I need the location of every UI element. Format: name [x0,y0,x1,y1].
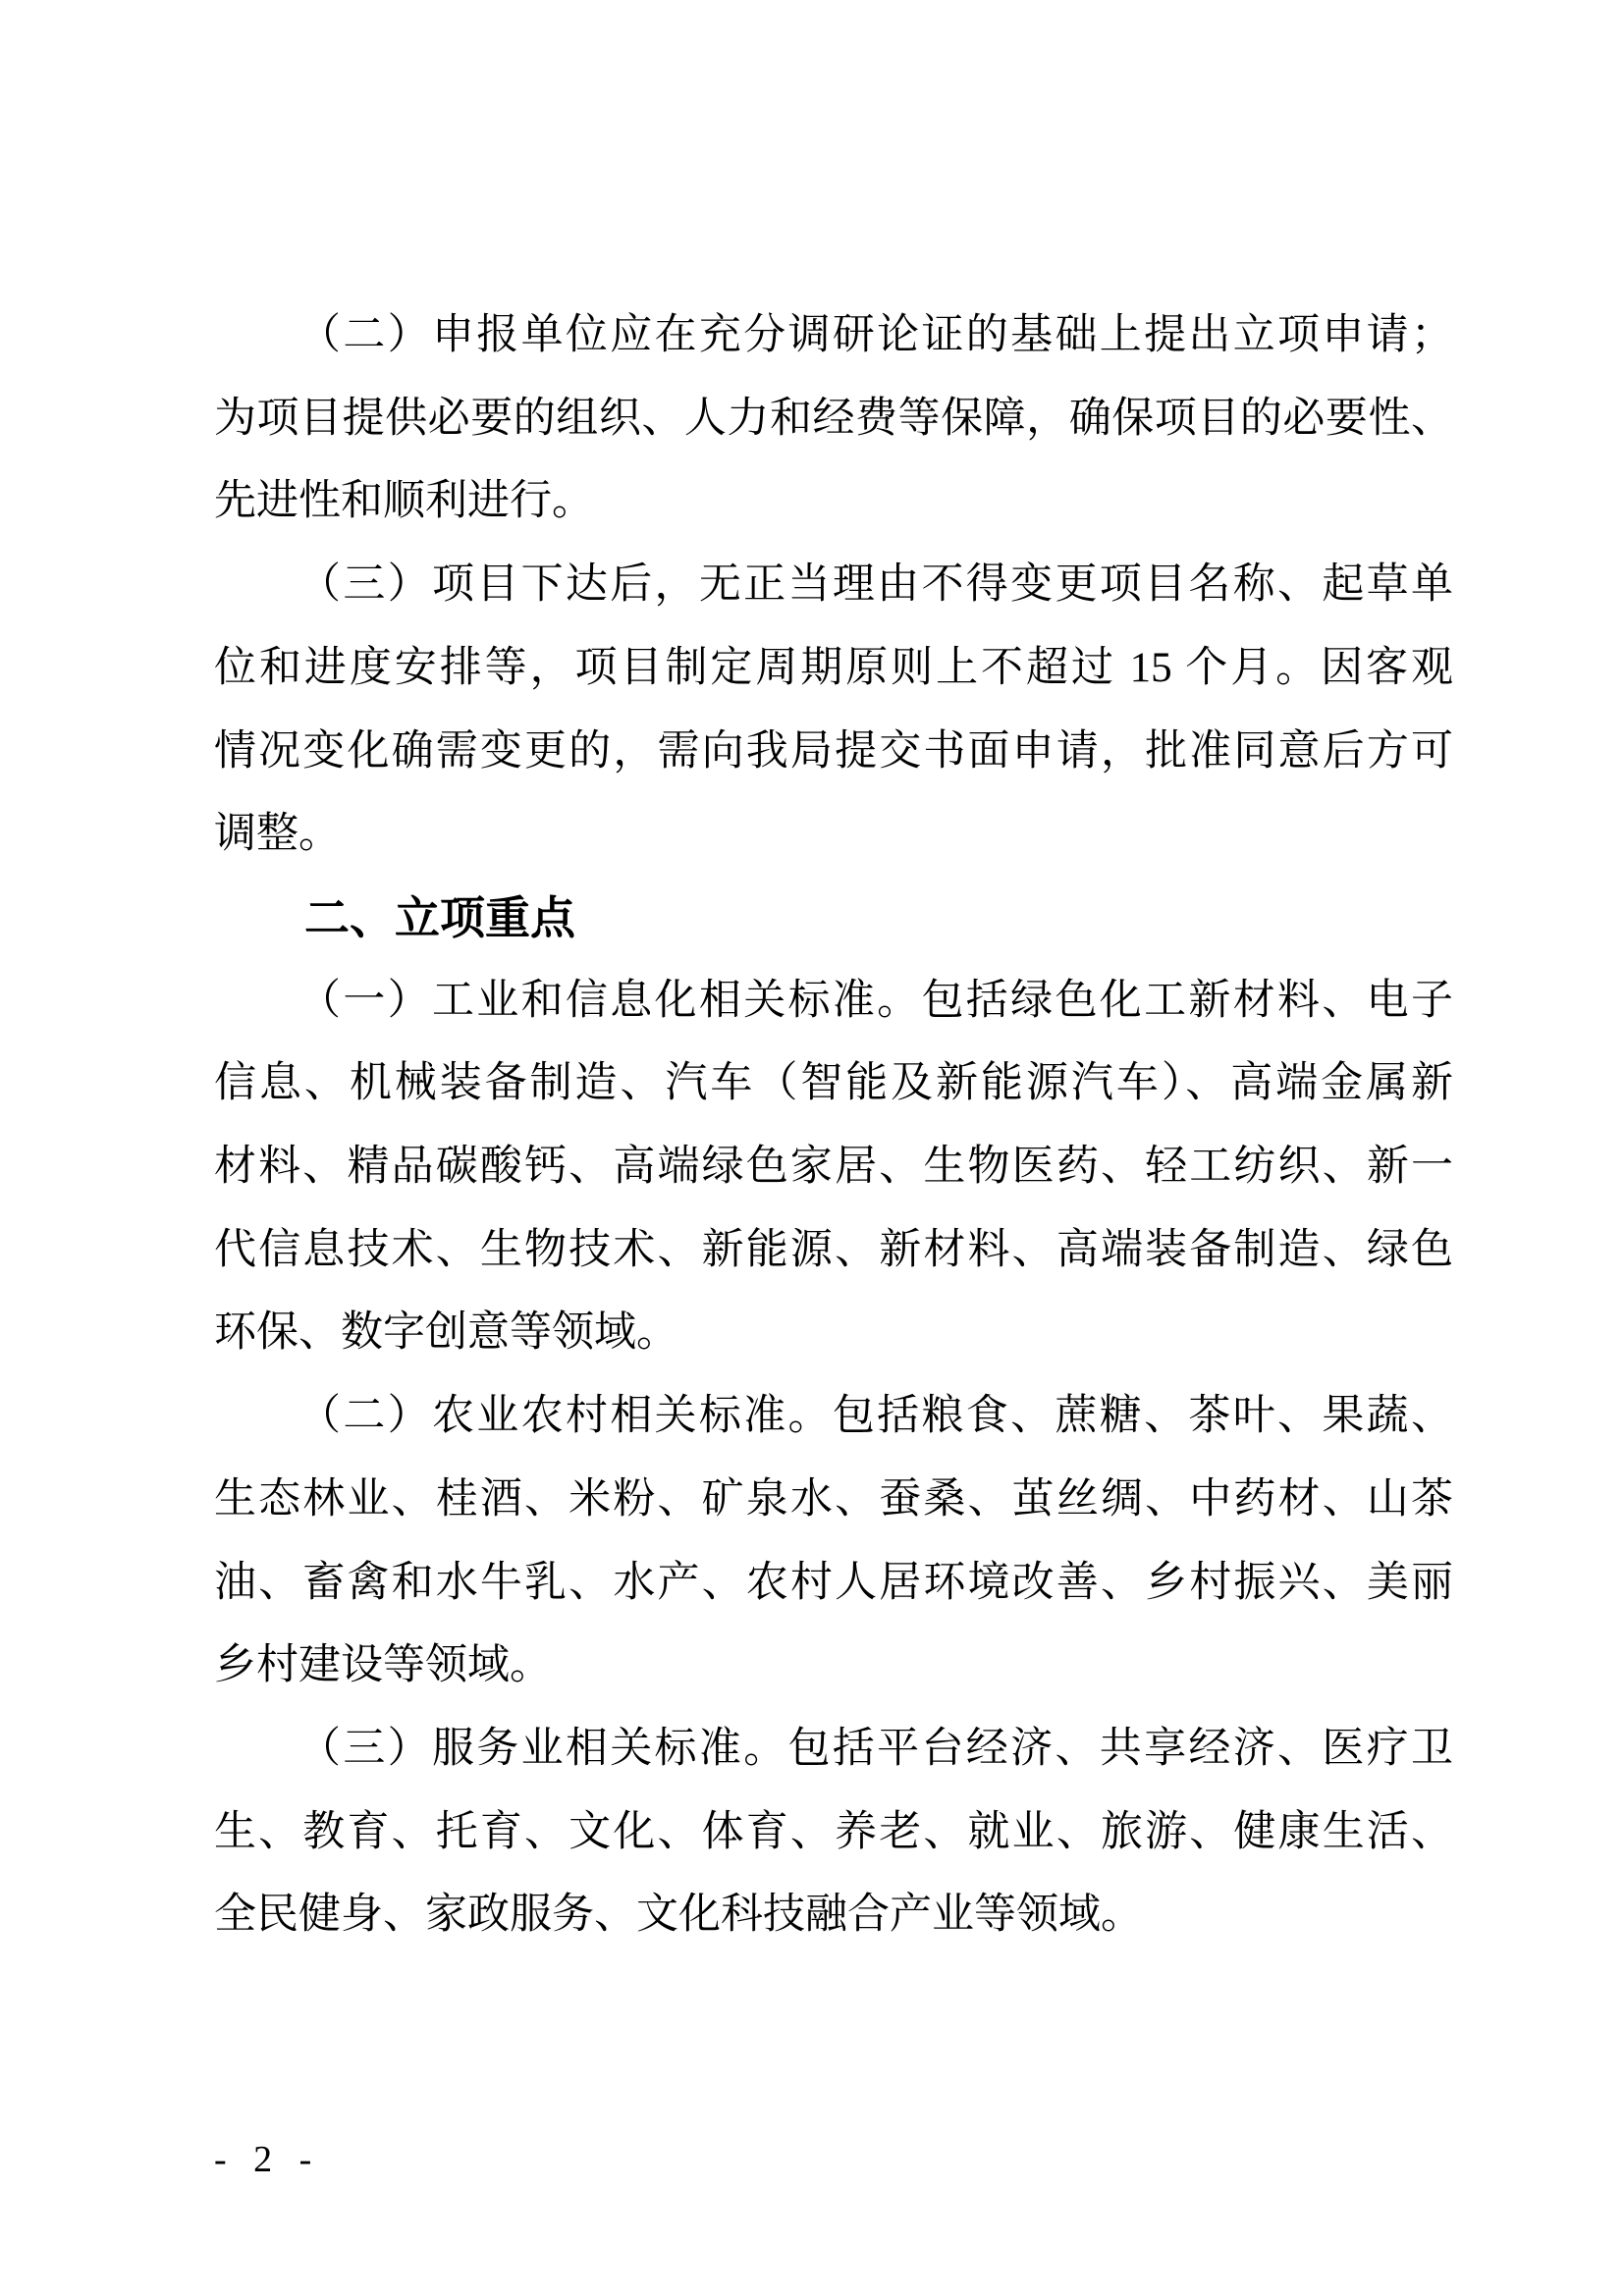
text-line: 生态林业、桂酒、米粉、矿泉水、蚕桑、茧丝绸、中药材、山茶 [214,1459,1453,1542]
text-line: 代信息技术、生物技术、新能源、新材料、高端装备制造、绿色 [214,1209,1453,1293]
page-number: - 2 - [214,2138,313,2181]
text-line: 调整。 [214,793,1453,877]
text-line: 环保、数字创意等领域。 [214,1292,1453,1375]
text-line: （一）工业和信息化相关标准。包括绿色化工新材料、电子 [214,960,1453,1043]
text-line: （三）服务业相关标准。包括平台经济、共享经济、医疗卫 [214,1708,1453,1791]
document-body: （二）申报单位应在充分调研论证的基础上提出立项申请；为项目提供必要的组织、人力和… [214,294,1453,1957]
text-line: 信息、机械装备制造、汽车（智能及新能源汽车）、高端金属新 [214,1042,1453,1126]
text-line: 位和进度安排等，项目制定周期原则上不超过 15 个月。因客观 [214,627,1453,711]
text-line: （二）农业农村相关标准。包括粮食、蔗糖、茶叶、果蔬、 [214,1375,1453,1459]
text-line: （二）申报单位应在充分调研论证的基础上提出立项申请； [214,294,1453,378]
text-line: 先进性和顺利进行。 [214,460,1453,544]
text-line: 材料、精品碳酸钙、高端绿色家居、生物医药、轻工纺织、新一 [214,1126,1453,1209]
section-heading: 二、立项重点 [214,877,1453,960]
document-page: （二）申报单位应在充分调研论证的基础上提出立项申请；为项目提供必要的组织、人力和… [0,0,1624,2296]
text-line: 生、教育、托育、文化、体育、养老、就业、旅游、健康生活、 [214,1791,1453,1875]
text-line: 乡村建设等领域。 [214,1625,1453,1708]
text-line: 为项目提供必要的组织、人力和经费等保障，确保项目的必要性、 [214,378,1453,461]
text-line: （三）项目下达后，无正当理由不得变更项目名称、起草单 [214,544,1453,627]
text-line: 全民健身、家政服务、文化科技融合产业等领域。 [214,1874,1453,1957]
text-line: 油、畜禽和水牛乳、水产、农村人居环境改善、乡村振兴、美丽 [214,1542,1453,1626]
text-line: 情况变化确需变更的，需向我局提交书面申请，批准同意后方可 [214,711,1453,794]
